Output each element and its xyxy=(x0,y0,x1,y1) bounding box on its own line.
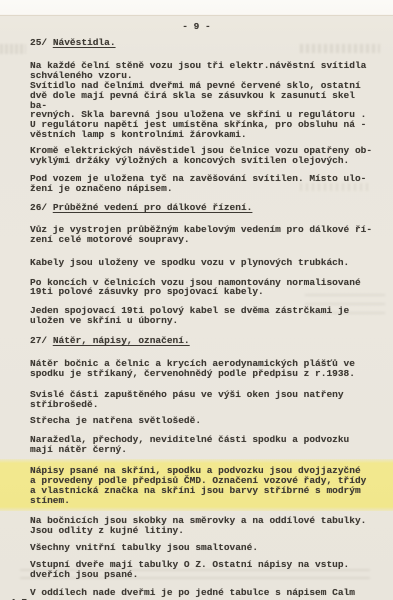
section-number: 26/ xyxy=(30,202,47,213)
paragraph: Naražedla, přechody, neviditelné části s… xyxy=(30,435,375,455)
section-heading-25: 25/ Návěstidla. xyxy=(30,38,375,48)
highlighted-paragraph: Nápisy psané na skříni, spodku a podvozk… xyxy=(0,459,393,511)
paragraph: Jeden spojovací 19ti polový kabel se dvě… xyxy=(30,306,375,326)
paragraph: Na každé čelní stěně vozu jsou tři elekt… xyxy=(30,61,375,140)
section-number: 25/ xyxy=(30,37,47,48)
paragraph: Kabely jsou uloženy ve spodku vozu v ply… xyxy=(30,258,375,268)
paragraph: Střecha je natřena světlošedě. xyxy=(30,416,375,426)
section-title: Návěstidla. xyxy=(53,37,116,48)
paragraph: Vůz je vystrojen průběžným kabelovým ved… xyxy=(30,225,375,245)
section-title: Nátěr, nápisy, označení. xyxy=(53,335,190,346)
paragraph: Na bočnicích jsou skobky na směrovky a n… xyxy=(30,516,375,536)
paragraph: V oddílech nade dveřmi je po jedné tabul… xyxy=(30,588,375,598)
paragraph: Nátěr bočnic a čelnic a krycích aerodyna… xyxy=(30,359,375,379)
page-content: - 9 - 25/ Návěstidla. Na každé čelní stě… xyxy=(0,15,393,600)
section-heading-26: 26/ Průběžné vedení pro dálkové řízení. xyxy=(30,203,375,213)
section-heading-27: 27/ Nátěr, nápisy, označení. xyxy=(30,336,375,346)
paragraph: Kromě elektrických návěstidel jsou čelni… xyxy=(30,146,375,166)
paragraph: Pod vozem je uložena tyč na zavěšování s… xyxy=(30,174,375,194)
section-title: Průběžné vedení pro dálkové řízení. xyxy=(53,202,253,213)
page-number: - 9 - xyxy=(30,22,363,32)
section-number: 27/ xyxy=(30,335,47,346)
paragraph: Po koncích v čelnicích vozu jsou namonto… xyxy=(30,278,375,298)
paragraph: Svislé části zapuštěného pásu ve výši ok… xyxy=(30,390,375,410)
paragraph: Vstupní dveře mají tabulky O Z. Ostatní … xyxy=(30,560,375,580)
scanned-document-page: - 9 - 25/ Návěstidla. Na každé čelní stě… xyxy=(0,0,393,600)
paragraph: Všechny vnitřní tabulky jsou smaltované. xyxy=(30,543,375,553)
